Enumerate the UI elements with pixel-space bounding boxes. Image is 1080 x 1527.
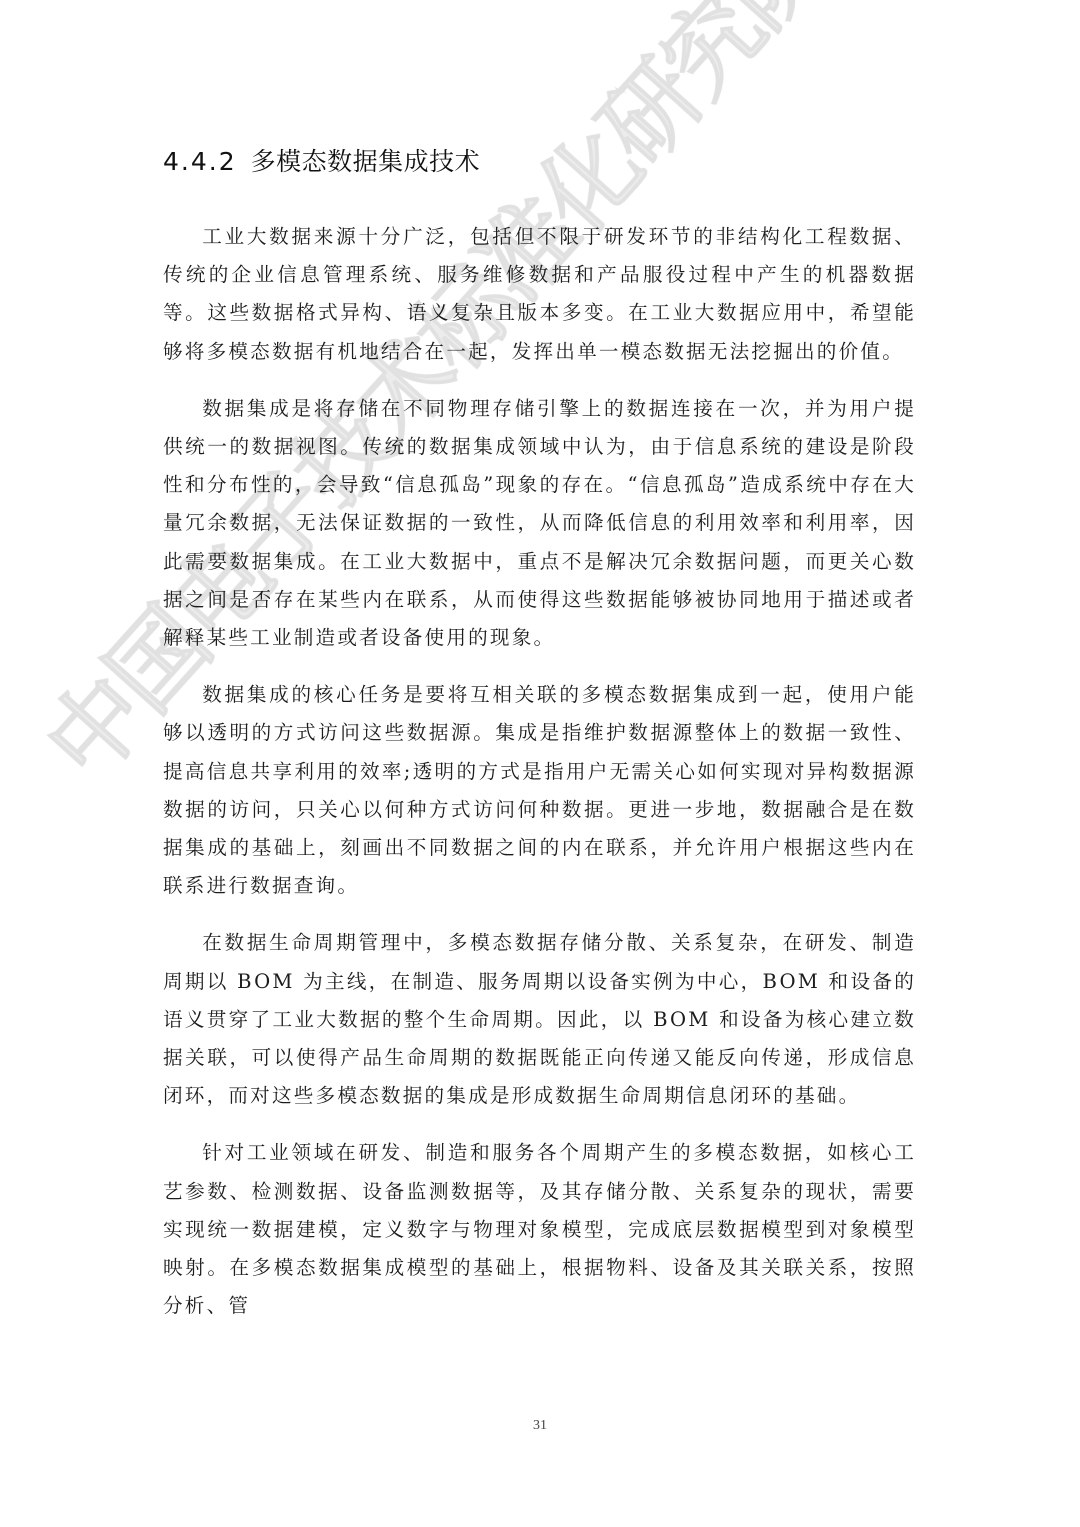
section-heading: 4.4.2多模态数据集成技术 (163, 142, 480, 178)
paragraph-3: 数据集成的核心任务是要将互相关联的多模态数据集成到一起，使用户能够以透明的方式访… (163, 676, 916, 905)
paragraph-5: 针对工业领域在研发、制造和服务各个周期产生的多模态数据，如核心工艺参数、检测数据… (163, 1134, 916, 1325)
paragraph-4: 在数据生命周期管理中，多模态数据存储分散、关系复杂，在研发、制造周期以 BOM … (163, 924, 916, 1115)
section-title: 多模态数据集成技术 (251, 147, 481, 176)
page-number: 31 (0, 1418, 1080, 1434)
body-text: 工业大数据来源十分广泛，包括但不限于研发环节的非结构化工程数据、传统的企业信息管… (163, 218, 916, 1344)
paragraph-1: 工业大数据来源十分广泛，包括但不限于研发环节的非结构化工程数据、传统的企业信息管… (163, 218, 916, 371)
section-number: 4.4.2 (163, 147, 237, 176)
paragraph-2: 数据集成是将存储在不同物理存储引擎上的数据连接在一次，并为用户提供统一的数据视图… (163, 390, 916, 657)
document-page: 中国电子技术标准化研究院 4.4.2多模态数据集成技术 工业大数据来源十分广泛，… (0, 0, 1080, 1527)
